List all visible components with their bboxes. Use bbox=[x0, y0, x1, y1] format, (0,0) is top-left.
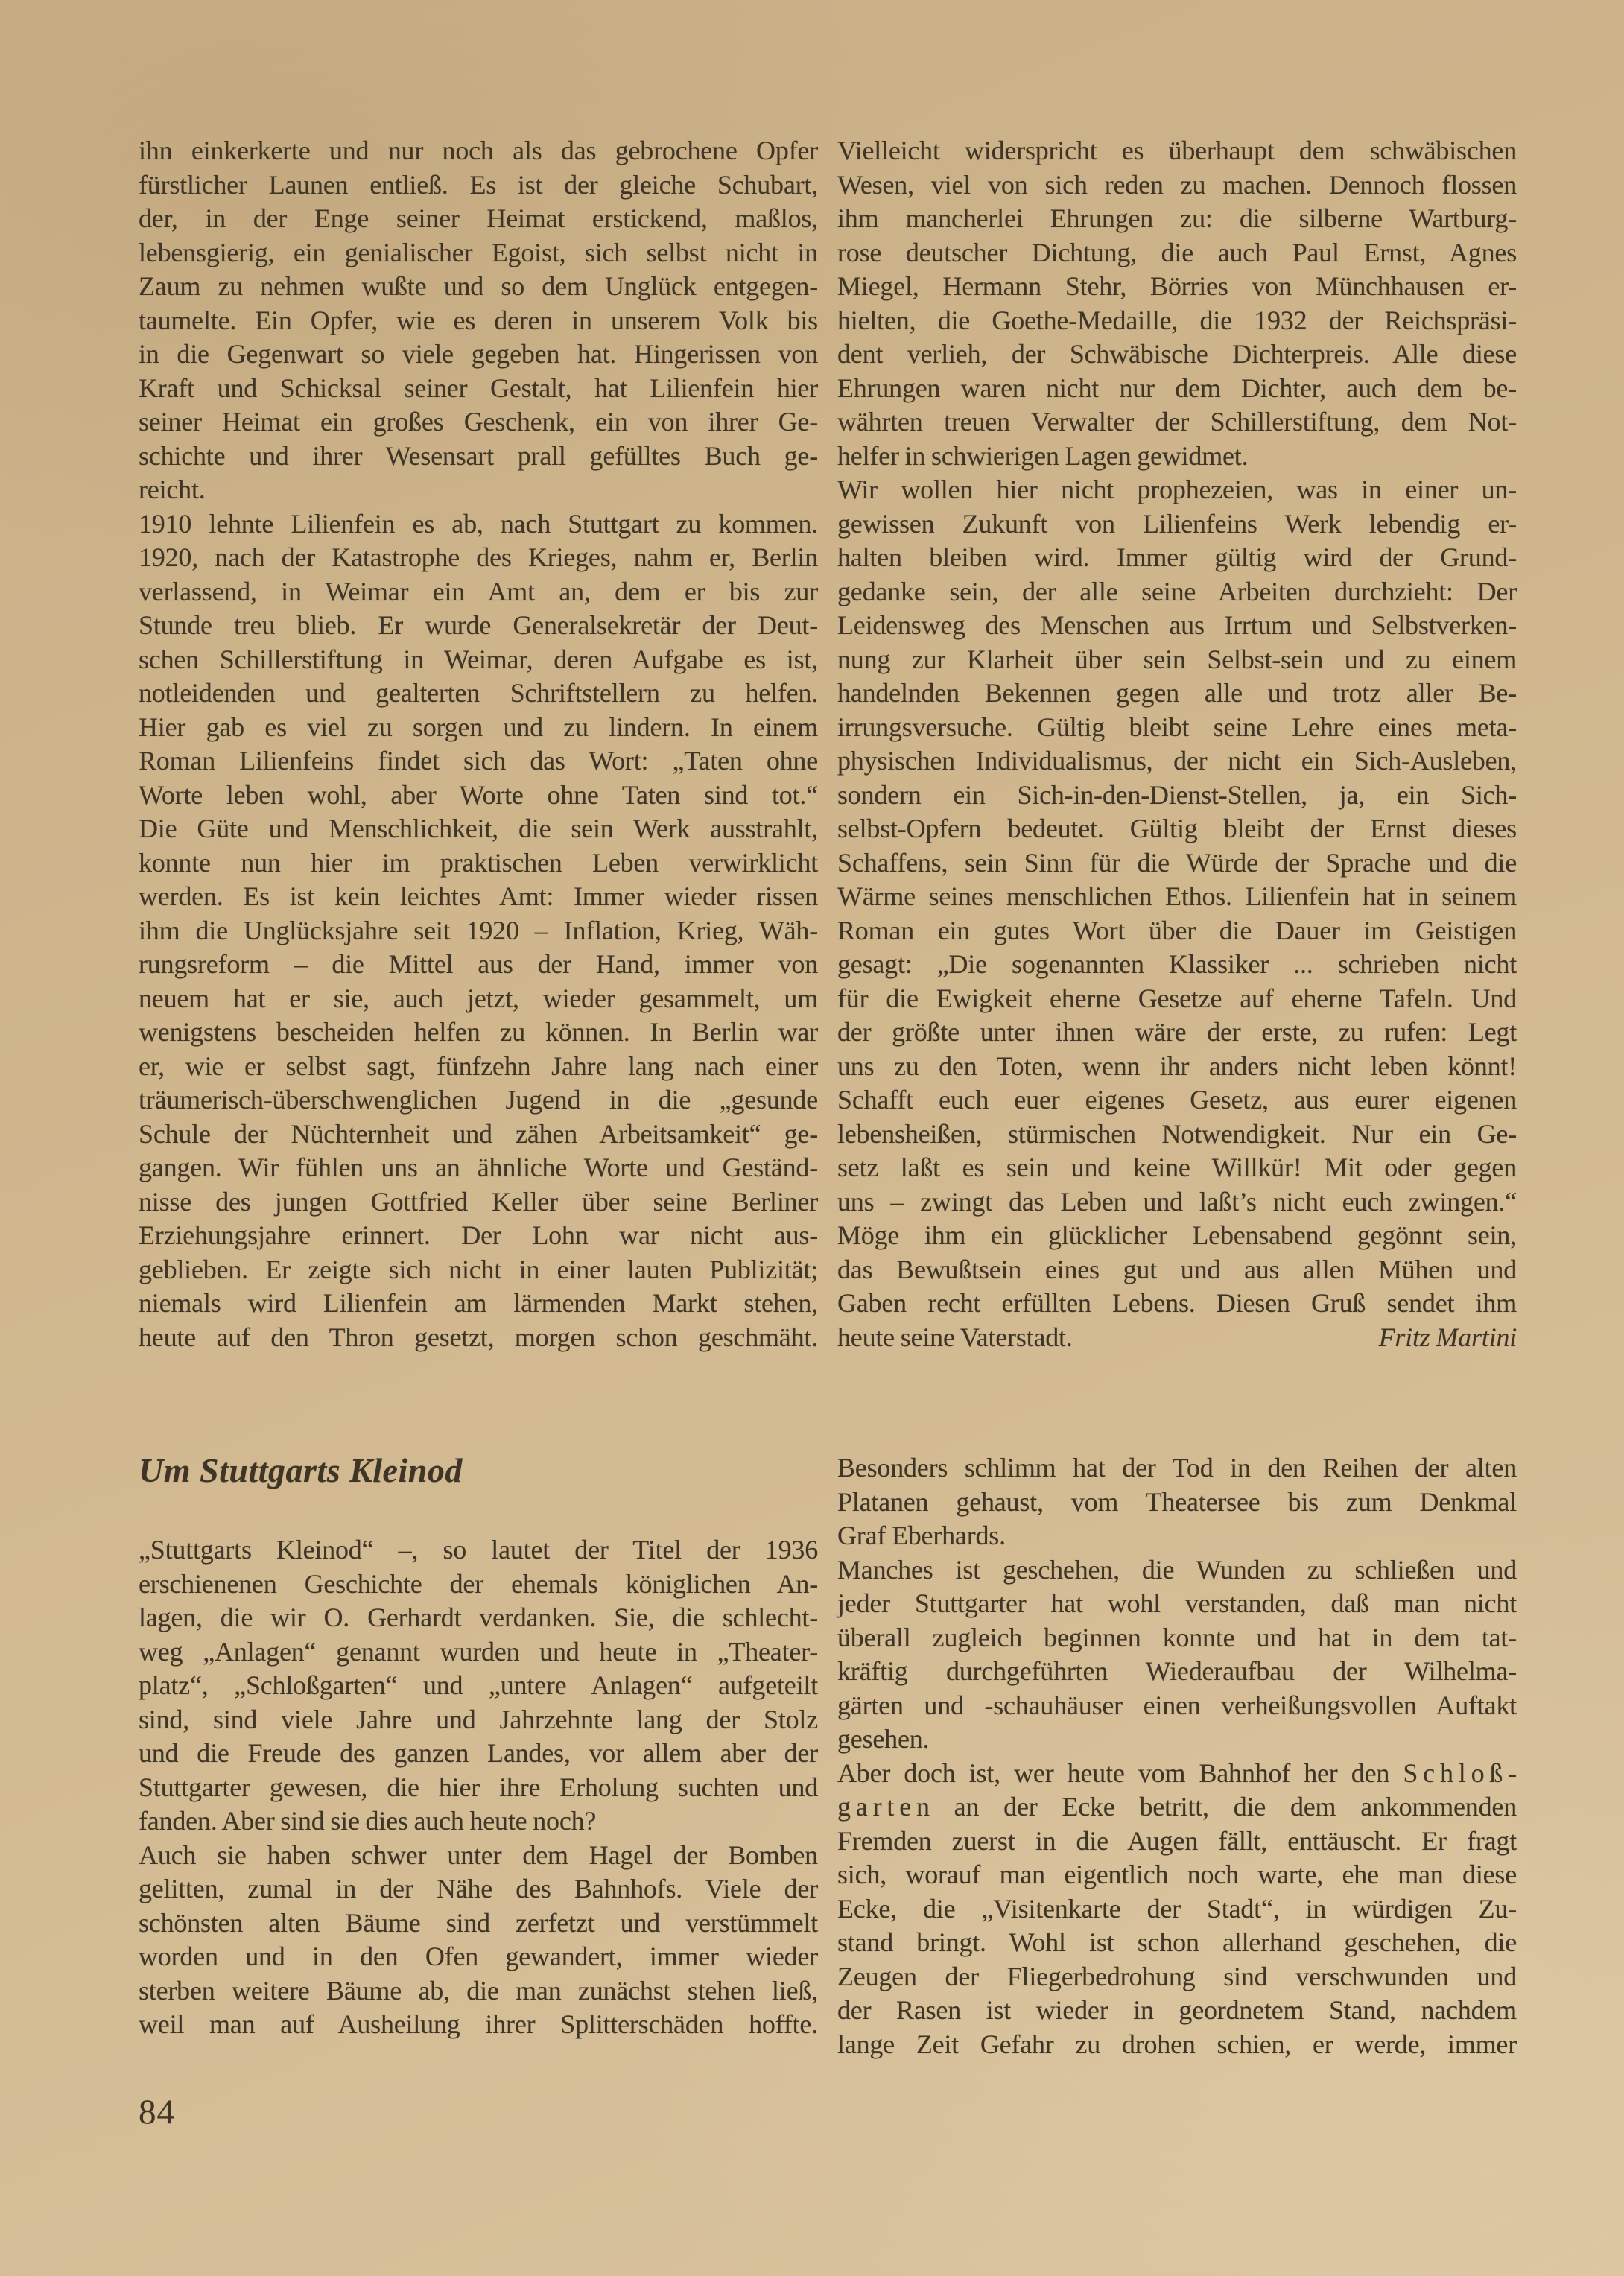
closing-line: heute seine Vaterstadt.Fritz Martini bbox=[837, 1321, 1517, 1355]
text-line: hielten, die Goethe-Medaille, die 1932 d… bbox=[837, 304, 1517, 338]
text-line: Fremden zuerst in die Augen fällt, enttä… bbox=[837, 1825, 1517, 1859]
text-line: Manches ist geschehen, die Wunden zu sch… bbox=[837, 1553, 1517, 1588]
text-line: nisse des jungen Gottfried Keller über s… bbox=[139, 1185, 818, 1220]
text-line: Erziehungsjahre erinnert. Der Lohn war n… bbox=[139, 1219, 818, 1253]
text-line: wenigstens bescheiden helfen zu können. … bbox=[139, 1015, 818, 1050]
text-line: der größte unter ihnen wäre der erste, z… bbox=[837, 1015, 1517, 1050]
text-line: taumelte. Ein Opfer, wie es deren in uns… bbox=[139, 304, 818, 338]
article2-left-column: „Stuttgarts Kleinod“ –, so lautet der Ti… bbox=[139, 1533, 818, 2042]
text-line: ihn einkerkerte und nur noch als das geb… bbox=[139, 134, 818, 168]
closing-text: heute seine Vaterstadt. bbox=[837, 1321, 1073, 1355]
text-line: gangen. Wir fühlen uns an ähnliche Worte… bbox=[139, 1151, 818, 1185]
text-line: Zaum zu nehmen wußte und so dem Unglück … bbox=[139, 270, 818, 304]
text-line: träumerisch-überschwenglichen Jugend in … bbox=[139, 1083, 818, 1118]
text-line: rose deutscher Dichtung, die auch Paul E… bbox=[837, 236, 1517, 270]
text-line: seiner Heimat ein großes Geschenk, ein v… bbox=[139, 405, 818, 440]
text-line: worden und in den Ofen gewandert, immer … bbox=[139, 1940, 818, 1974]
text-line: sind, sind viele Jahre und Jahrzehnte la… bbox=[139, 1703, 818, 1737]
text-line: schönsten alten Bäume sind zerfetzt und … bbox=[139, 1906, 818, 1941]
text-line: Schaffens, sein Sinn für die Würde der S… bbox=[837, 846, 1517, 881]
text-line: Auch sie haben schwer unter dem Hagel de… bbox=[139, 1839, 818, 1873]
text-line: helfer in schwierigen Lagen gewidmet. bbox=[837, 440, 1517, 474]
page-number: 84 bbox=[139, 2092, 175, 2132]
text-line: Graf Eberhards. bbox=[837, 1519, 1517, 1553]
text-line: stand bringt. Wohl ist schon allerhand g… bbox=[837, 1926, 1517, 1960]
text-line: Wesen, viel von sich reden zu machen. De… bbox=[837, 168, 1517, 203]
text-line: sterben weitere Bäume ab, die man zunäch… bbox=[139, 1974, 818, 2009]
paragraph: Vielleicht widerspricht es überhaupt dem… bbox=[837, 134, 1517, 473]
text-line: Hier gab es viel zu sorgen und zu linder… bbox=[139, 711, 818, 745]
text-line: Worte leben wohl, aber Worte ohne Taten … bbox=[139, 779, 818, 813]
text-line: dent verlieh, der Schwäbische Dichterpre… bbox=[837, 337, 1517, 372]
text-line: Kraft und Schicksal seiner Gestalt, hat … bbox=[139, 372, 818, 406]
text-line: fürstlicher Launen entließ. Es ist der g… bbox=[139, 168, 818, 203]
text-line: Platanen gehaust, vom Theatersee bis zum… bbox=[837, 1486, 1517, 1520]
text-line: gelitten, zumal in der Nähe des Bahnhofs… bbox=[139, 1872, 818, 1906]
text-line: währten treuen Verwalter der Schillersti… bbox=[837, 405, 1517, 440]
text-line: physischen Individualismus, der nicht ei… bbox=[837, 744, 1517, 779]
text-line: g a r t e n an der Ecke betritt, die dem… bbox=[837, 1790, 1517, 1825]
text-line: schichte und ihrer Wesensart prall gefül… bbox=[139, 440, 818, 474]
paragraph: Aber doch ist, wer heute vom Bahnhof her… bbox=[837, 1757, 1517, 2062]
text-line: heute auf den Thron gesetzt, morgen scho… bbox=[139, 1321, 818, 1355]
text-line: Stuttgarter gewesen, die hier ihre Erhol… bbox=[139, 1771, 818, 1805]
text-line: schen Schillerstiftung in Weimar, deren … bbox=[139, 643, 818, 677]
text-line: Wärme seines menschlichen Ethos. Lilienf… bbox=[837, 880, 1517, 914]
paragraph: Wir wollen hier nicht prophezeien, was i… bbox=[837, 473, 1517, 1321]
text-line: Aber doch ist, wer heute vom Bahnhof her… bbox=[837, 1757, 1517, 1791]
text-line: weg „Anlagen“ genannt wurden und heute i… bbox=[139, 1635, 818, 1670]
text-line: gewissen Zukunft von Lilienfeins Werk le… bbox=[837, 507, 1517, 542]
text-line: der Rasen ist wieder in geordnetem Stand… bbox=[837, 1994, 1517, 2028]
section-heading: Um Stuttgarts Kleinod bbox=[139, 1451, 463, 1490]
text-line: erschienenen Geschichte der ehemals köni… bbox=[139, 1567, 818, 1602]
text-line: geblieben. Er zeigte sich nicht in einer… bbox=[139, 1253, 818, 1287]
text-line: lebensheißen, stürmischen Notwendigkeit.… bbox=[837, 1118, 1517, 1152]
text-line: Die Güte und Menschlichkeit, die sein We… bbox=[139, 812, 818, 846]
text-line: weil man auf Ausheilung ihrer Splittersc… bbox=[139, 2008, 818, 2042]
article2-right-column: Besonders schlimm hat der Tod in den Rei… bbox=[837, 1451, 1517, 2061]
text-line: der, in der Enge seiner Heimat ersticken… bbox=[139, 202, 818, 236]
text-line: sich, worauf man eigentlich noch warte, … bbox=[837, 1858, 1517, 1892]
text-line: er, wie er selbst sagt, fünfzehn Jahre l… bbox=[139, 1050, 818, 1084]
paragraph: ihn einkerkerte und nur noch als das geb… bbox=[139, 134, 818, 507]
scanned-book-page: { "page": { "number": "84", "paper_color… bbox=[0, 0, 1624, 2276]
text-line: und die Freude des ganzen Landes, vor al… bbox=[139, 1737, 818, 1771]
text-line: handelnden Bekennen gegen alle und trotz… bbox=[837, 676, 1517, 711]
text-line: jeder Stuttgarter hat wohl verstanden, d… bbox=[837, 1587, 1517, 1621]
text-line: Stunde treu blieb. Er wurde Generalsekre… bbox=[139, 609, 818, 643]
text-line: Schule der Nüchternheit und zähen Arbeit… bbox=[139, 1118, 818, 1152]
text-line: gesagt: „Die sogenannten Klassiker ... s… bbox=[837, 948, 1517, 982]
text-line: ihm mancherlei Ehrungen zu: die silberne… bbox=[837, 202, 1517, 236]
text-line: reicht. bbox=[139, 473, 818, 507]
text-line: halten bleiben wird. Immer gültig wird d… bbox=[837, 541, 1517, 575]
text-line: irrungsversuche. Gültig bleibt seine Leh… bbox=[837, 711, 1517, 745]
text-line: für die Ewigkeit eherne Gesetze auf eher… bbox=[837, 982, 1517, 1016]
text-line: Vielleicht widerspricht es überhaupt dem… bbox=[837, 134, 1517, 168]
text-line: ihm die Unglücksjahre seit 1920 – Inflat… bbox=[139, 914, 818, 948]
text-line: verlassend, in Weimar ein Amt an, dem er… bbox=[139, 575, 818, 609]
paragraph: 1910 lehnte Lilienfein es ab, nach Stutt… bbox=[139, 507, 818, 1355]
text-line: setz laßt es sein und keine Willkür! Mit… bbox=[837, 1151, 1517, 1185]
text-line: niemals wird Lilienfein am lärmenden Mar… bbox=[139, 1287, 818, 1321]
paragraph: Manches ist geschehen, die Wunden zu sch… bbox=[837, 1553, 1517, 1757]
text-line: Roman Lilienfeins findet sich das Wort: … bbox=[139, 744, 818, 779]
paragraph: Besonders schlimm hat der Tod in den Rei… bbox=[837, 1451, 1517, 1553]
article1-right-column: Vielleicht widerspricht es überhaupt dem… bbox=[837, 134, 1517, 1354]
text-line: notleidenden und gealterten Schriftstell… bbox=[139, 676, 818, 711]
text-line: neuem hat er sie, auch jetzt, wieder ges… bbox=[139, 982, 818, 1016]
text-line: Zeugen der Fliegerbedrohung sind verschw… bbox=[837, 1960, 1517, 1994]
text-line: „Stuttgarts Kleinod“ –, so lautet der Ti… bbox=[139, 1533, 818, 1567]
text-line: gesehen. bbox=[837, 1722, 1517, 1757]
text-line: überall zugleich beginnen konnte und hat… bbox=[837, 1621, 1517, 1655]
text-line: uns zu den Toten, wenn ihr anders nicht … bbox=[837, 1050, 1517, 1084]
text-line: kräftig durchgeführten Wiederaufbau der … bbox=[837, 1655, 1517, 1689]
text-line: 1920, nach der Katastrophe des Krieges, … bbox=[139, 541, 818, 575]
text-line: Schafft euch euer eigenes Gesetz, aus eu… bbox=[837, 1083, 1517, 1118]
text-line: fanden. Aber sind sie dies auch heute no… bbox=[139, 1804, 818, 1839]
text-line: werden. Es ist kein leichtes Amt: Immer … bbox=[139, 880, 818, 914]
text-line: nung zur Klarheit über sein Selbst-sein … bbox=[837, 643, 1517, 677]
paragraph: „Stuttgarts Kleinod“ –, so lautet der Ti… bbox=[139, 1533, 818, 1839]
text-line: Ecke, die „Visitenkarte der Stadt“, in w… bbox=[837, 1892, 1517, 1927]
text-line: Roman ein gutes Wort über die Dauer im G… bbox=[837, 914, 1517, 948]
paragraph: Auch sie haben schwer unter dem Hagel de… bbox=[139, 1839, 818, 2042]
author-signature: Fritz Martini bbox=[1379, 1321, 1517, 1355]
text-line: Leidensweg des Menschen aus Irrtum und S… bbox=[837, 609, 1517, 643]
text-line: 1910 lehnte Lilienfein es ab, nach Stutt… bbox=[139, 507, 818, 542]
text-line: platz“, „Schloßgarten“ und „untere Anlag… bbox=[139, 1669, 818, 1703]
text-line: das Bewußtsein eines gut und aus allen M… bbox=[837, 1253, 1517, 1287]
text-line: gärten und -schauhäuser einen verheißung… bbox=[837, 1689, 1517, 1723]
text-line: Miegel, Hermann Stehr, Börries von Münch… bbox=[837, 270, 1517, 304]
text-line: Besonders schlimm hat der Tod in den Rei… bbox=[837, 1451, 1517, 1486]
text-line: lagen, die wir O. Gerhardt verdanken. Si… bbox=[139, 1601, 818, 1635]
text-line: rungsreform – die Mittel aus der Hand, i… bbox=[139, 948, 818, 982]
article1-left-column: ihn einkerkerte und nur noch als das geb… bbox=[139, 134, 818, 1354]
text-line: gedanke sein, der alle seine Arbeiten du… bbox=[837, 575, 1517, 609]
text-line: uns – zwingt das Leben und laßt’s nicht … bbox=[837, 1185, 1517, 1220]
text-line: konnte nun hier im praktischen Leben ver… bbox=[139, 846, 818, 881]
text-line: Ehrungen waren nicht nur dem Dichter, au… bbox=[837, 372, 1517, 406]
text-line: Möge ihm ein glücklicher Lebensabend geg… bbox=[837, 1219, 1517, 1253]
text-line: lange Zeit Gefahr zu drohen schien, er w… bbox=[837, 2028, 1517, 2062]
text-line: sondern ein Sich-in-den-Dienst-Stellen, … bbox=[837, 779, 1517, 813]
text-line: Wir wollen hier nicht prophezeien, was i… bbox=[837, 473, 1517, 507]
text-line: in die Gegenwart so viele gegeben hat. H… bbox=[139, 337, 818, 372]
text-line: selbst-Opfern bedeutet. Gültig bleibt de… bbox=[837, 812, 1517, 846]
text-line: Gaben recht erfüllten Lebens. Diesen Gru… bbox=[837, 1287, 1517, 1321]
text-line: lebensgierig, ein genialischer Egoist, s… bbox=[139, 236, 818, 270]
